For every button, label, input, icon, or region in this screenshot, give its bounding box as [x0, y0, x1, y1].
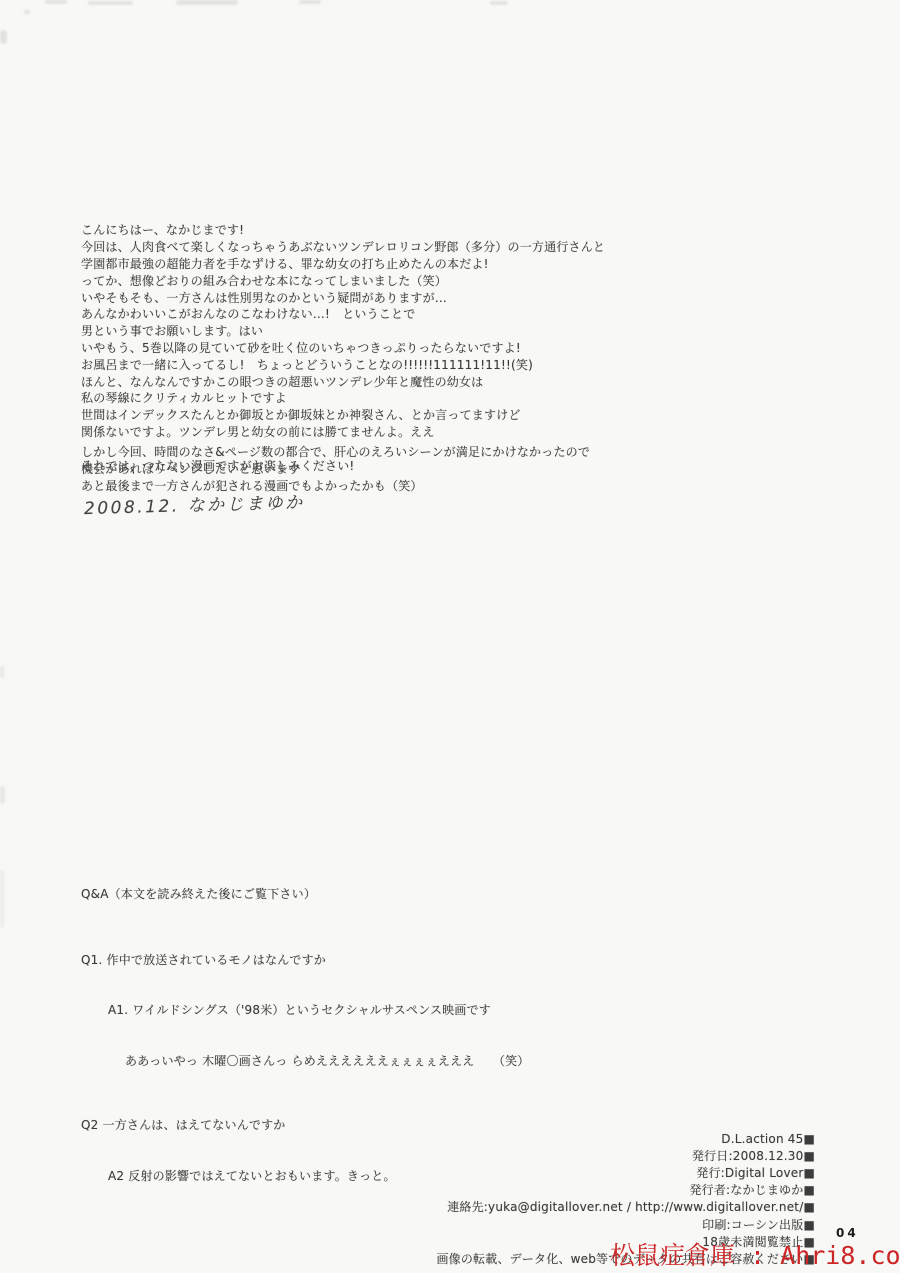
scan-smudge: [88, 1, 133, 5]
qa-answer-1: A1. ワイルドシングス（'98米）というセクシャルサスペンス映画です: [81, 1002, 530, 1019]
doujinshi-afterword-page: こんにちはー、なかじまです!今回は、人肉食べて楽しくなっちゃうあぶないツンデレロ…: [0, 0, 900, 1273]
signature: 2008.12. なかじまゆか: [84, 495, 305, 518]
qa-header: Q&A（本文を読み終えた後にご覧下さい）: [81, 886, 530, 903]
paragraph-line: こんにちはー、なかじまです!: [81, 222, 605, 239]
scan-smudge: [299, 0, 321, 4]
scan-smudge: [0, 30, 7, 44]
colophon-line: 発行者:なかじまゆか■: [436, 1182, 815, 1199]
colophon-line: 印刷:コーシン出版■: [436, 1217, 815, 1234]
colophon-line: 連絡先:yuka@digitallover.net / http://www.d…: [436, 1199, 815, 1216]
scan-smudge: [45, 0, 67, 4]
scan-smudge: [0, 666, 4, 678]
qa-question-1: Q1. 作中で放送されているモノはなんですか: [81, 952, 530, 969]
paragraph-line: いやもう、5巻以降の見ていて砂を吐く位のいちゃつきっぷりったらないですよ!: [81, 340, 605, 357]
afterword-paragraph-2: しかし今回、時間のなさ&ページ数の都合で、肝心のえろいシーンが満足にかけなかった…: [81, 394, 590, 495]
paragraph-line: 今回は、人肉食べて楽しくなっちゃうあぶないツンデレロリコン野郎（多分）の一方通行…: [81, 239, 605, 256]
paragraph-line: いやそもそも、一方さんは性別男なのかという疑問がありますが…: [81, 290, 605, 307]
scan-smudge: [24, 10, 30, 14]
paragraph-line: 学園都市最強の超能力者を手なずける、罪な幼女の打ち止めたんの本だよ!: [81, 256, 605, 273]
paragraph-line: ほんと、なんなんですかこの眼つきの超悪いツンデレ少年と魔性の幼女は: [81, 374, 605, 391]
qa-answer-1-note: ああっいやっ 木曜〇画さんっ らめええええええぇぇぇぇえええ （笑）: [81, 1053, 530, 1070]
scan-smudge: [0, 786, 5, 804]
scan-smudge: [176, 0, 238, 5]
colophon-line: 発行:Digital Lover■: [436, 1165, 815, 1182]
colophon-line: 発行日:2008.12.30■: [436, 1148, 815, 1165]
watermark: 松鼠症倉庫 : Ahri8.com: [610, 1236, 900, 1272]
paragraph-line: あと最後まで一方さんが犯される漫画でもよかったかも（笑）: [81, 478, 590, 495]
scan-smudge: [490, 1, 508, 5]
scan-smudge: [0, 870, 4, 928]
colophon-line: D.L.action 45■: [436, 1131, 815, 1148]
paragraph-line: あんなかわいいこがおんなのこなわけない…! ということで: [81, 306, 605, 323]
paragraph-line: 男という事でお願いします。はい: [81, 323, 605, 340]
paragraph-line: ってか、想像どおりの組み合わせな本になってしまいました（笑）: [81, 273, 605, 290]
paragraph-line: お風呂まで一緒に入ってるし! ちょっとどういうことなの!!!!!!111111!…: [81, 357, 605, 374]
closing-line: それでは、つたない漫画ですがお楽しみください!: [81, 458, 354, 475]
